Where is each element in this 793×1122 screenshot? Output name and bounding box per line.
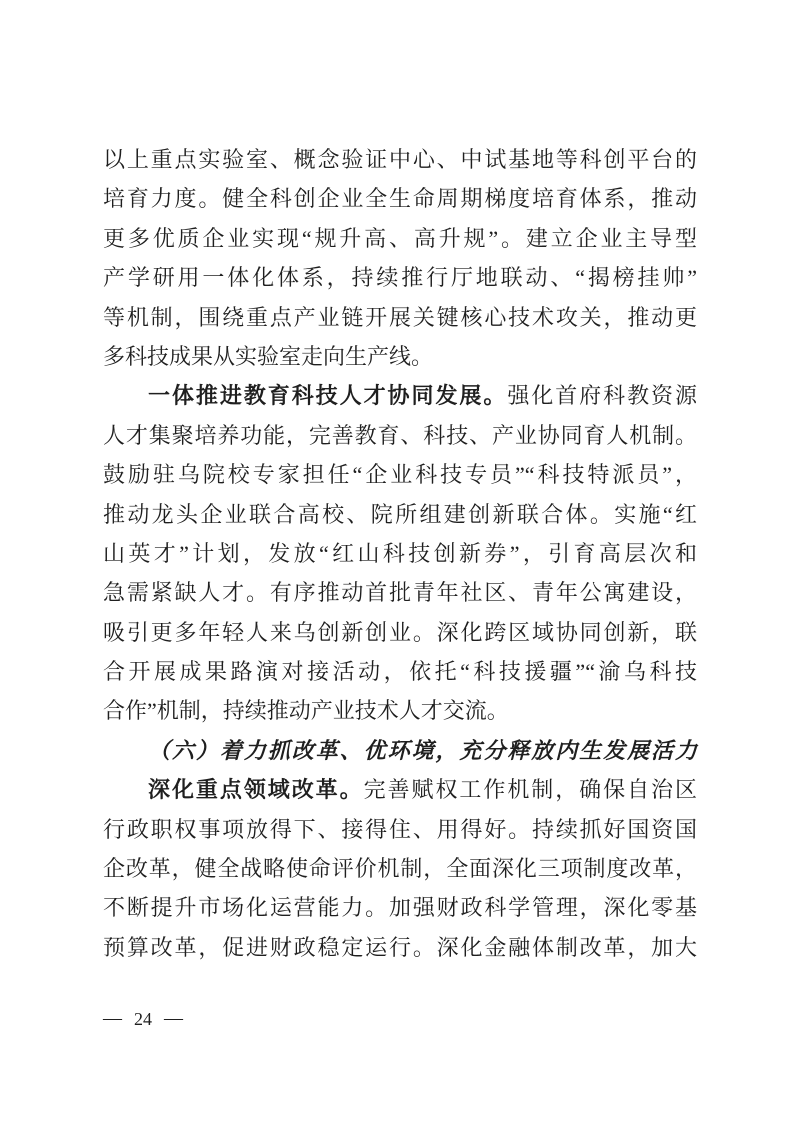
page-footer: — 24 — [103,1008,183,1030]
text-line: 一体推进教育科技人才协同发展。强化首府科教资源 [103,376,697,415]
text-segment-regular: 更多优质企业实现“规升高、高升规”。建立企业主导型 [103,226,697,251]
document-page: 以上重点实验室、概念验证中心、中试基地等科创平台的培育力度。健全科创企业全生命周… [0,0,793,1122]
text-segment-regular: 产学研用一体化体系，持续推行厅地联动、“揭榜挂帅” [103,265,697,290]
text-line: 急需紧缺人才。有序推动首批青年社区、青年公寓建设， [103,573,697,612]
text-segment-regular: 合开展成果路演对接活动，依托“科技援疆”“渝乌科技 [103,659,697,684]
text-segment-regular: 以上重点实验室、概念验证中心、中试基地等科创平台的 [103,147,697,172]
text-segment-regular: 吸引更多年轻人来乌创新创业。深化跨区域协同创新，联 [103,620,697,645]
text-line: 行政职权事项放得下、接得住、用得好。持续抓好国资国 [103,810,697,849]
footer-dash-left: — [103,1008,122,1030]
text-segment-regular: 预算改革，促进财政稳定运行。深化金融体制改革，加大 [103,935,697,960]
text-line: 产学研用一体化体系，持续推行厅地联动、“揭榜挂帅” [103,258,697,297]
text-segment-regular: 培育力度。健全科创企业全生命周期梯度培育体系，推动 [103,186,697,211]
text-segment-regular: 推动龙头企业联合高校、院所组建创新联合体。实施“红 [103,502,697,527]
text-segment-regular: 不断提升市场化运营能力。加强财政科学管理，深化零基 [103,895,697,920]
text-segment-regular: 企改革，健全战略使命评价机制，全面深化三项制度改革， [103,856,697,881]
text-segment-regular: 行政职权事项放得下、接得住、用得好。持续抓好国资国 [103,817,697,842]
text-line: 人才集聚培养功能，完善教育、科技、产业协同育人机制。 [103,416,697,455]
text-line: 吸引更多年轻人来乌创新创业。深化跨区域协同创新，联 [103,613,697,652]
text-line: 培育力度。健全科创企业全生命周期梯度培育体系，推动 [103,179,697,218]
text-segment-regular: 鼓励驻乌院校专家担任“企业科技专员”“科技特派员”， [103,462,697,487]
document-body: 以上重点实验室、概念验证中心、中试基地等科创平台的培育力度。健全科创企业全生命周… [103,140,697,967]
text-line: 等机制，围绕重点产业链开展关键核心技术攻关，推动更 [103,298,697,337]
text-line: 不断提升市场化运营能力。加强财政科学管理，深化零基 [103,888,697,927]
text-segment-regular: 急需紧缺人才。有序推动首批青年社区、青年公寓建设， [103,580,697,605]
text-line: 多科技成果从实验室走向生产线。 [103,337,697,376]
text-line: 推动龙头企业联合高校、院所组建创新联合体。实施“红 [103,495,697,534]
text-line: 鼓励驻乌院校专家担任“企业科技专员”“科技特派员”， [103,455,697,494]
text-line: 以上重点实验室、概念验证中心、中试基地等科创平台的 [103,140,697,179]
text-line: 山英才”计划，发放“红山科技创新券”，引育高层次和 [103,534,697,573]
text-segment-heading: （六）着力抓改革、优环境，充分释放内生发展活力 [148,738,697,763]
page-number: 24 [134,1009,152,1030]
text-line: 深化重点领域改革。完善赋权工作机制，确保自治区 [103,770,697,809]
text-segment-regular: 人才集聚培养功能，完善教育、科技、产业协同育人机制。 [103,423,697,448]
text-line: 合开展成果路演对接活动，依托“科技援疆”“渝乌科技 [103,652,697,691]
text-line: （六）着力抓改革、优环境，充分释放内生发展活力 [103,731,697,770]
text-segment-regular: 完善赋权工作机制，确保自治区 [364,777,697,802]
text-line: 企改革，健全战略使命评价机制，全面深化三项制度改革， [103,849,697,888]
text-segment-regular: 多科技成果从实验室走向生产线。 [103,344,433,369]
text-segment-regular: 合作”机制，持续推动产业技术人才交流。 [103,698,509,723]
text-segment-regular: 山英才”计划，发放“红山科技创新券”，引育高层次和 [103,541,697,566]
text-segment-regular: 强化首府科教资源 [507,383,697,408]
text-line: 预算改革，促进财政稳定运行。深化金融体制改革，加大 [103,928,697,967]
text-segment-bold: 深化重点领域改革。 [148,777,364,802]
text-line: 更多优质企业实现“规升高、高升规”。建立企业主导型 [103,219,697,258]
text-segment-bold: 一体推进教育科技人才协同发展。 [148,383,507,408]
footer-dash-right: — [164,1008,183,1030]
text-segment-regular: 等机制，围绕重点产业链开展关键核心技术攻关，推动更 [103,305,697,330]
text-line: 合作”机制，持续推动产业技术人才交流。 [103,691,697,730]
